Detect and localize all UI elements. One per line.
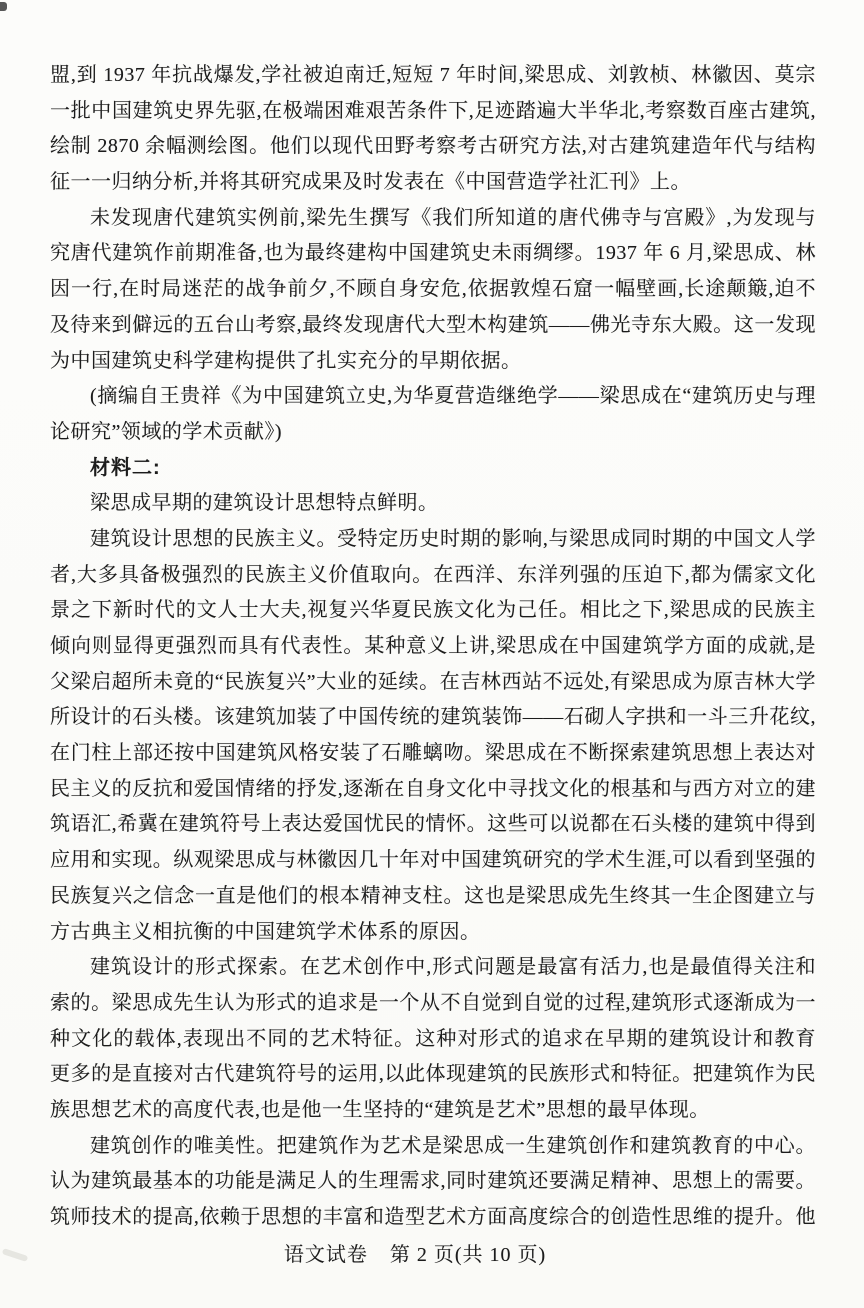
text-line: 民族复兴之信念一直是他们的根本精神支柱。这也是梁思成先生终其一生企图建立与西	[50, 879, 816, 915]
text-line: 建筑设计思想的民族主义。受特定历史时期的影响,与梁思成同时期的中国文人学	[50, 522, 816, 558]
text-line: 索的。梁思成先生认为形式的追求是一个从不自觉到自觉的过程,建筑形式逐渐成为一	[50, 986, 816, 1022]
footer-page-indicator: 第 2 页(共 10 页)	[390, 1244, 546, 1266]
text-line: 究唐代建筑作前期准备,也为最终建构中国建筑史未雨绸缪。1937 年 6 月,梁思…	[50, 236, 816, 272]
text-line: 父梁启超所未竟的“民族复兴”大业的延续。在吉林西站不远处,有梁思成为原吉林大学	[50, 665, 816, 701]
text-line: 在门柱上部还按中国建筑风格安装了石雕螭吻。梁思成在不断探索建筑思想上表达对殖	[50, 736, 816, 772]
text-line: 为中国建筑史科学建构提供了扎实充分的早期依据。	[50, 344, 816, 380]
text-line: 方古典主义相抗衡的中国建筑学术体系的原因。	[50, 915, 816, 951]
footer-subject: 语文试卷	[284, 1244, 368, 1266]
text-line: 征一一归纳分析,并将其研究成果及时发表在《中国营造学社汇刊》上。	[50, 165, 816, 201]
text-line: 倾向则显得更强烈而具有代表性。某种意义上讲,梁思成在中国建筑学方面的成就,是其	[50, 629, 816, 665]
text-line: 梁思成早期的建筑设计思想特点鲜明。	[50, 486, 816, 522]
text-line: 更多的是直接对古代建筑符号的运用,以此体现建筑的民族形式和特征。把建筑作为民	[50, 1057, 816, 1093]
text-line: 建筑设计的形式探索。在艺术创作中,形式问题是最富有活力,也是最值得关注和探	[50, 950, 816, 986]
text-line: 种文化的载体,表现出不同的艺术特征。这种对形式的追求在早期的建筑设计和教育中,	[50, 1022, 816, 1058]
text-line: 论研究”领域的学术贡献》)	[50, 415, 816, 451]
text-line: 应用和实现。纵观梁思成与林徽因几十年对中国建筑研究的学术生涯,可以看到坚强的	[50, 843, 816, 879]
text-line: 族思想艺术的高度代表,也是他一生坚持的“建筑是艺术”思想的最早体现。	[50, 1093, 816, 1129]
scan-corner-mark	[0, 2, 7, 11]
text-line: 因一行,在时局迷茫的战争前夕,不顾自身安危,依据敦煌石窟一幅壁画,长途颠簸,迫不	[50, 272, 816, 308]
text-line: 民主义的反抗和爱国情绪的抒发,逐渐在自身文化中寻找文化的根基和与西方对立的建	[50, 772, 816, 808]
text-line: 及待来到僻远的五台山考察,最终发现唐代大型木构建筑——佛光寺东大殿。这一发现	[50, 308, 816, 344]
text-line: 盟,到 1937 年抗战爆发,学社被迫南迁,短短 7 年时间,梁思成、刘敦桢、林…	[50, 58, 816, 94]
text-line: 认为建筑最基本的功能是满足人的生理需求,同时建筑还要满足精神、思想上的需要。建	[50, 1164, 816, 1200]
text-line: 一批中国建筑史界先驱,在极端困难艰苦条件下,足迹踏遍大半华北,考察数百座古建筑,	[50, 94, 816, 130]
page-footer: 语文试卷第 2 页(共 10 页)	[0, 1238, 830, 1267]
text-line: 未发现唐代建筑实例前,梁先生撰写《我们所知道的唐代佛寺与宫殿》,为发现与研	[50, 201, 816, 237]
exam-page: 盟,到 1937 年抗战爆发,学社被迫南迁,短短 7 年时间,梁思成、刘敦桢、林…	[0, 0, 864, 1308]
text-line: 筑语汇,希冀在建筑符号上表达爱国忧民的情怀。这些可以说都在石头楼的建筑中得到	[50, 807, 816, 843]
text-line: 景之下新时代的文人士大夫,视复兴华夏民族文化为己任。相比之下,梁思成的民族主义	[50, 593, 816, 629]
text-line: 筑师技术的提高,依赖于思想的丰富和造型艺术方面高度综合的创造性思维的提升。他	[50, 1200, 816, 1236]
text-line: 建筑创作的唯美性。把建筑作为艺术是梁思成一生建筑创作和建筑教育的中心。他	[50, 1129, 816, 1165]
text-line: (摘编自王贵祥《为中国建筑立史,为华夏营造继绝学——梁思成在“建筑历史与理	[50, 379, 816, 415]
text-line: 所设计的石头楼。该建筑加装了中国传统的建筑装饰——石砌人字拱和一斗三升花纹,	[50, 700, 816, 736]
text-line: 绘制 2870 余幅测绘图。他们以现代田野考察考古研究方法,对古建筑建造年代与结…	[50, 129, 816, 165]
text-line: 材料二:	[50, 451, 816, 487]
text-body: 盟,到 1937 年抗战爆发,学社被迫南迁,短短 7 年时间,梁思成、刘敦桢、林…	[50, 58, 816, 1236]
text-line: 者,大多具备极强烈的民族主义价值取向。在西洋、东洋列强的压迫下,都为儒家文化背	[50, 558, 816, 594]
